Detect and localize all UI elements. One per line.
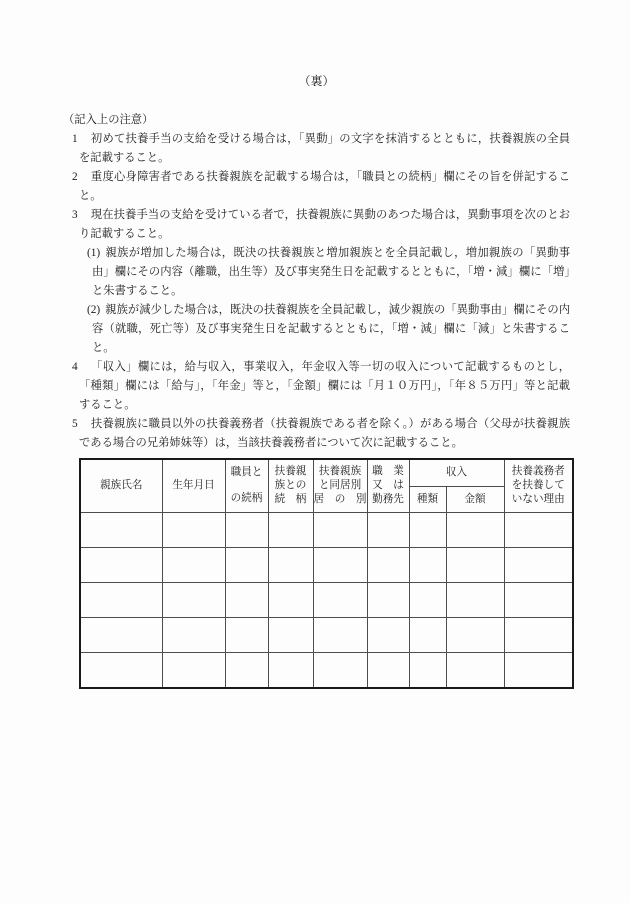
note-item-1: 1初めて扶養手当の支給を受ける場合は，「異動」の文字を抹消するとともに，扶養親族… [63, 130, 570, 168]
table-empty-cell [446, 653, 504, 688]
table-empty-cell [80, 653, 162, 688]
note-text: 重度心身障害者である扶養親族を記載する場合は，「職員との続柄」欄にその旨を併記す… [79, 171, 570, 202]
note-text: 「収入」欄には，給与収入，事業収入，年金収入等一切の収入について記載するものとし… [79, 361, 570, 411]
table-empty-cell [313, 653, 367, 688]
table-empty-cell [313, 548, 367, 583]
col-header-income-amount: 金額 [446, 487, 504, 513]
notes-heading: （記入上の注意） [63, 111, 570, 130]
table-empty-cell [313, 618, 367, 653]
table-empty-cell [268, 618, 313, 653]
col-header-income-type: 種類 [409, 487, 446, 513]
note-marker: 5 [72, 418, 78, 430]
table-empty-cell [225, 618, 268, 653]
col-header-cohabitation: 扶養親族 と同居別 居 の 別 [313, 459, 367, 513]
col-header-relation-to-dependent: 扶養親 族との 続 柄 [268, 459, 313, 513]
table-empty-cell [80, 618, 162, 653]
table-empty-cell [162, 513, 225, 548]
col-header-relative-name: 親族氏名 [80, 459, 162, 513]
note-item-4: 4「収入」欄には，給与収入，事業収入，年金収入等一切の収入について記載するものと… [63, 358, 570, 415]
table-empty-cell [80, 583, 162, 618]
page-title: （裏） [63, 72, 570, 91]
table-empty-cell [313, 513, 367, 548]
note-marker: (1) [87, 247, 100, 259]
note-marker: 3 [72, 209, 78, 221]
note-marker: 2 [72, 171, 78, 183]
table-empty-cell [504, 548, 573, 583]
table-empty-cell [225, 583, 268, 618]
table-empty-cell [409, 548, 446, 583]
table-empty-cell [367, 618, 409, 653]
table-row [80, 513, 573, 548]
table-empty-cell [504, 618, 573, 653]
table-empty-cell [268, 653, 313, 688]
table-empty-cell [80, 513, 162, 548]
table-empty-cell [504, 513, 573, 548]
table-empty-cell [446, 548, 504, 583]
table-empty-cell [446, 513, 504, 548]
note-text: 親族が増加した場合は，既決の扶養親族と増加親族とを全員記載し，増加親族の「異動事… [92, 247, 570, 297]
table-empty-cell [409, 583, 446, 618]
table-empty-cell [409, 513, 446, 548]
table-empty-cell [162, 548, 225, 583]
table-empty-cell [409, 618, 446, 653]
table-empty-cell [367, 583, 409, 618]
table-empty-cell [504, 583, 573, 618]
table-empty-cell [80, 548, 162, 583]
table-empty-cell [162, 583, 225, 618]
col-header-income: 収入 [409, 459, 504, 487]
table-empty-cell [367, 513, 409, 548]
note-marker: (2) [87, 304, 100, 316]
note-item-3-2: (2)親族が減少した場合は，既決の扶養親族を全員記載し，減少親族の「異動事由」欄… [63, 301, 570, 358]
note-item-3: 3現在扶養手当の支給を受けている者で，扶養親族に異動のあつた場合は，異動事項を次… [63, 206, 570, 244]
note-item-2: 2重度心身障害者である扶養親族を記載する場合は，「職員との続柄」欄にその旨を併記… [63, 168, 570, 206]
table-empty-cell [268, 513, 313, 548]
table-row [80, 548, 573, 583]
table-row [80, 653, 573, 688]
table-empty-cell [162, 653, 225, 688]
note-marker: 4 [72, 361, 78, 373]
note-item-5: 5扶養親族に職員以外の扶養義務者（扶養親族である者を除く。）がある場合（父母が扶… [63, 415, 570, 453]
table-empty-cell [367, 653, 409, 688]
table-empty-cell [225, 548, 268, 583]
col-header-birth-date: 生年月日 [162, 459, 225, 513]
col-header-occupation: 職 業 又 は 勤務先 [367, 459, 409, 513]
table-empty-cell [225, 513, 268, 548]
note-marker: 1 [72, 133, 78, 145]
table-empty-cell [225, 653, 268, 688]
table-empty-cell [268, 548, 313, 583]
note-text: 初めて扶養手当の支給を受ける場合は，「異動」の文字を抹消するとともに，扶養親族の… [79, 133, 570, 164]
table-empty-cell [504, 653, 573, 688]
note-item-3-1: (1)親族が増加した場合は，既決の扶養親族と増加親族とを全員記載し，増加親族の「… [63, 244, 570, 301]
table-empty-cell [313, 583, 367, 618]
dependents-table: 親族氏名 生年月日 職員と の続柄 扶養親 族との 続 柄 扶養親族 と同居別 … [79, 458, 574, 689]
note-text: 親族が減少した場合は，既決の扶養親族を全員記載し，減少親族の「異動事由」欄にその… [92, 304, 570, 354]
table-empty-cell [446, 583, 504, 618]
table-empty-cell [268, 583, 313, 618]
col-header-reason-not-supporting: 扶養義務者 を扶養して いない理由 [504, 459, 573, 513]
table-empty-cell [367, 548, 409, 583]
table-empty-cell [162, 618, 225, 653]
document-content: （裏） （記入上の注意） 1初めて扶養手当の支給を受ける場合は，「異動」の文字を… [0, 0, 630, 689]
table-empty-cell [409, 653, 446, 688]
col-header-relation-to-employee: 職員と の続柄 [225, 459, 268, 513]
table-empty-cell [446, 618, 504, 653]
table-row [80, 583, 573, 618]
table-row [80, 618, 573, 653]
note-text: 現在扶養手当の支給を受けている者で，扶養親族に異動のあつた場合は，異動事項を次の… [79, 209, 570, 240]
document-page: （裏） （記入上の注意） 1初めて扶養手当の支給を受ける場合は，「異動」の文字を… [0, 0, 630, 903]
note-text: 扶養親族に職員以外の扶養義務者（扶養親族である者を除く。）がある場合（父母が扶養… [79, 418, 570, 449]
